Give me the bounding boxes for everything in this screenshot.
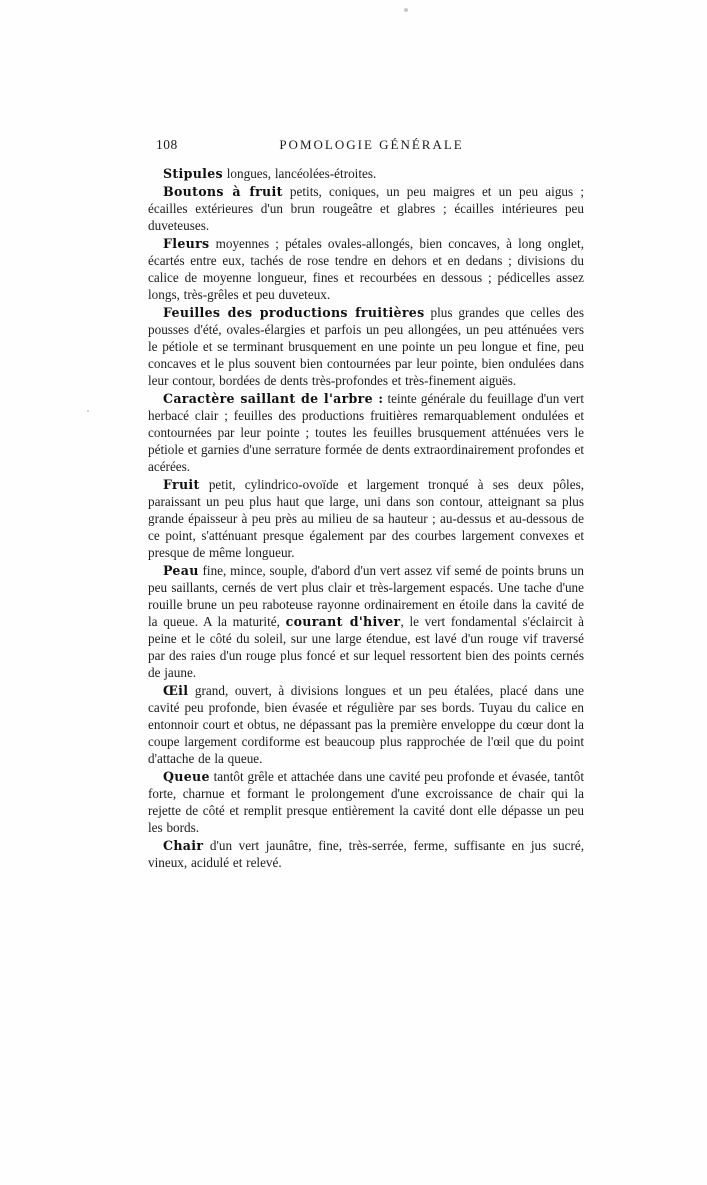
page-content: 108 POMOLOGIE GÉNÉRALE Stipules longues,…	[148, 137, 584, 872]
paragraph-feuilles: Feuilles des productions fruitières plus…	[148, 304, 584, 389]
page-number: 108	[156, 137, 178, 153]
paragraph-chair: Chair d'un vert jaunâtre, fine, très-ser…	[148, 837, 584, 871]
term-boutons-a-fruit: Boutons à fruit	[163, 184, 283, 199]
paragraph-text: tantôt grêle et attachée dans une cavité…	[148, 769, 584, 835]
term-chair: Chair	[163, 838, 203, 853]
paragraph-fruit: Fruit petit, cylindrico-ovoïde et largem…	[148, 476, 584, 561]
paragraph-text: d'un vert jaunâtre, fine, très-serrée, f…	[148, 838, 584, 870]
paragraph-caractere-saillant: Caractère saillant de l'arbre : teinte g…	[148, 390, 584, 475]
term-stipules: Stipules	[163, 166, 223, 181]
term-fleurs: Fleurs	[163, 236, 209, 251]
term-caractere-saillant: Caractère saillant de l'arbre :	[163, 391, 383, 406]
paragraph-stipules: Stipules longues, lancéolées-étroites.	[148, 165, 584, 182]
term-oeil: Œil	[163, 683, 188, 698]
paragraph-queue: Queue tantôt grêle et attachée dans une …	[148, 768, 584, 836]
term-fruit: Fruit	[163, 477, 200, 492]
term-peau: Peau	[163, 563, 199, 578]
page-header: 108 POMOLOGIE GÉNÉRALE	[148, 137, 584, 152]
scanned-book-page: 108 POMOLOGIE GÉNÉRALE Stipules longues,…	[0, 0, 707, 1185]
term-feuilles: Feuilles des productions fruitières	[163, 305, 425, 320]
paragraph-boutons-a-fruit: Boutons à fruit petits, coniques, un peu…	[148, 183, 584, 234]
paragraph-text: moyennes ; pétales ovales-allongés, bien…	[148, 236, 584, 302]
paragraph-fleurs: Fleurs moyennes ; pétales ovales-allongé…	[148, 235, 584, 303]
paragraph-text: grand, ouvert, à divisions longues et un…	[148, 683, 584, 766]
body-text: Stipules longues, lancéolées-étroites. B…	[148, 165, 584, 871]
scan-speck	[404, 8, 408, 12]
term-courant-d-hiver: courant d'hiver	[286, 614, 401, 629]
scan-speck	[87, 410, 89, 412]
paragraph-peau: Peau fine, mince, souple, d'abord d'un v…	[148, 562, 584, 681]
paragraph-text: petit, cylindrico-ovoïde et largement tr…	[148, 477, 584, 560]
term-queue: Queue	[163, 769, 210, 784]
running-title: POMOLOGIE GÉNÉRALE	[279, 137, 463, 153]
paragraph-oeil: Œil grand, ouvert, à divisions longues e…	[148, 682, 584, 767]
paragraph-text: longues, lancéolées-étroites.	[223, 166, 376, 181]
